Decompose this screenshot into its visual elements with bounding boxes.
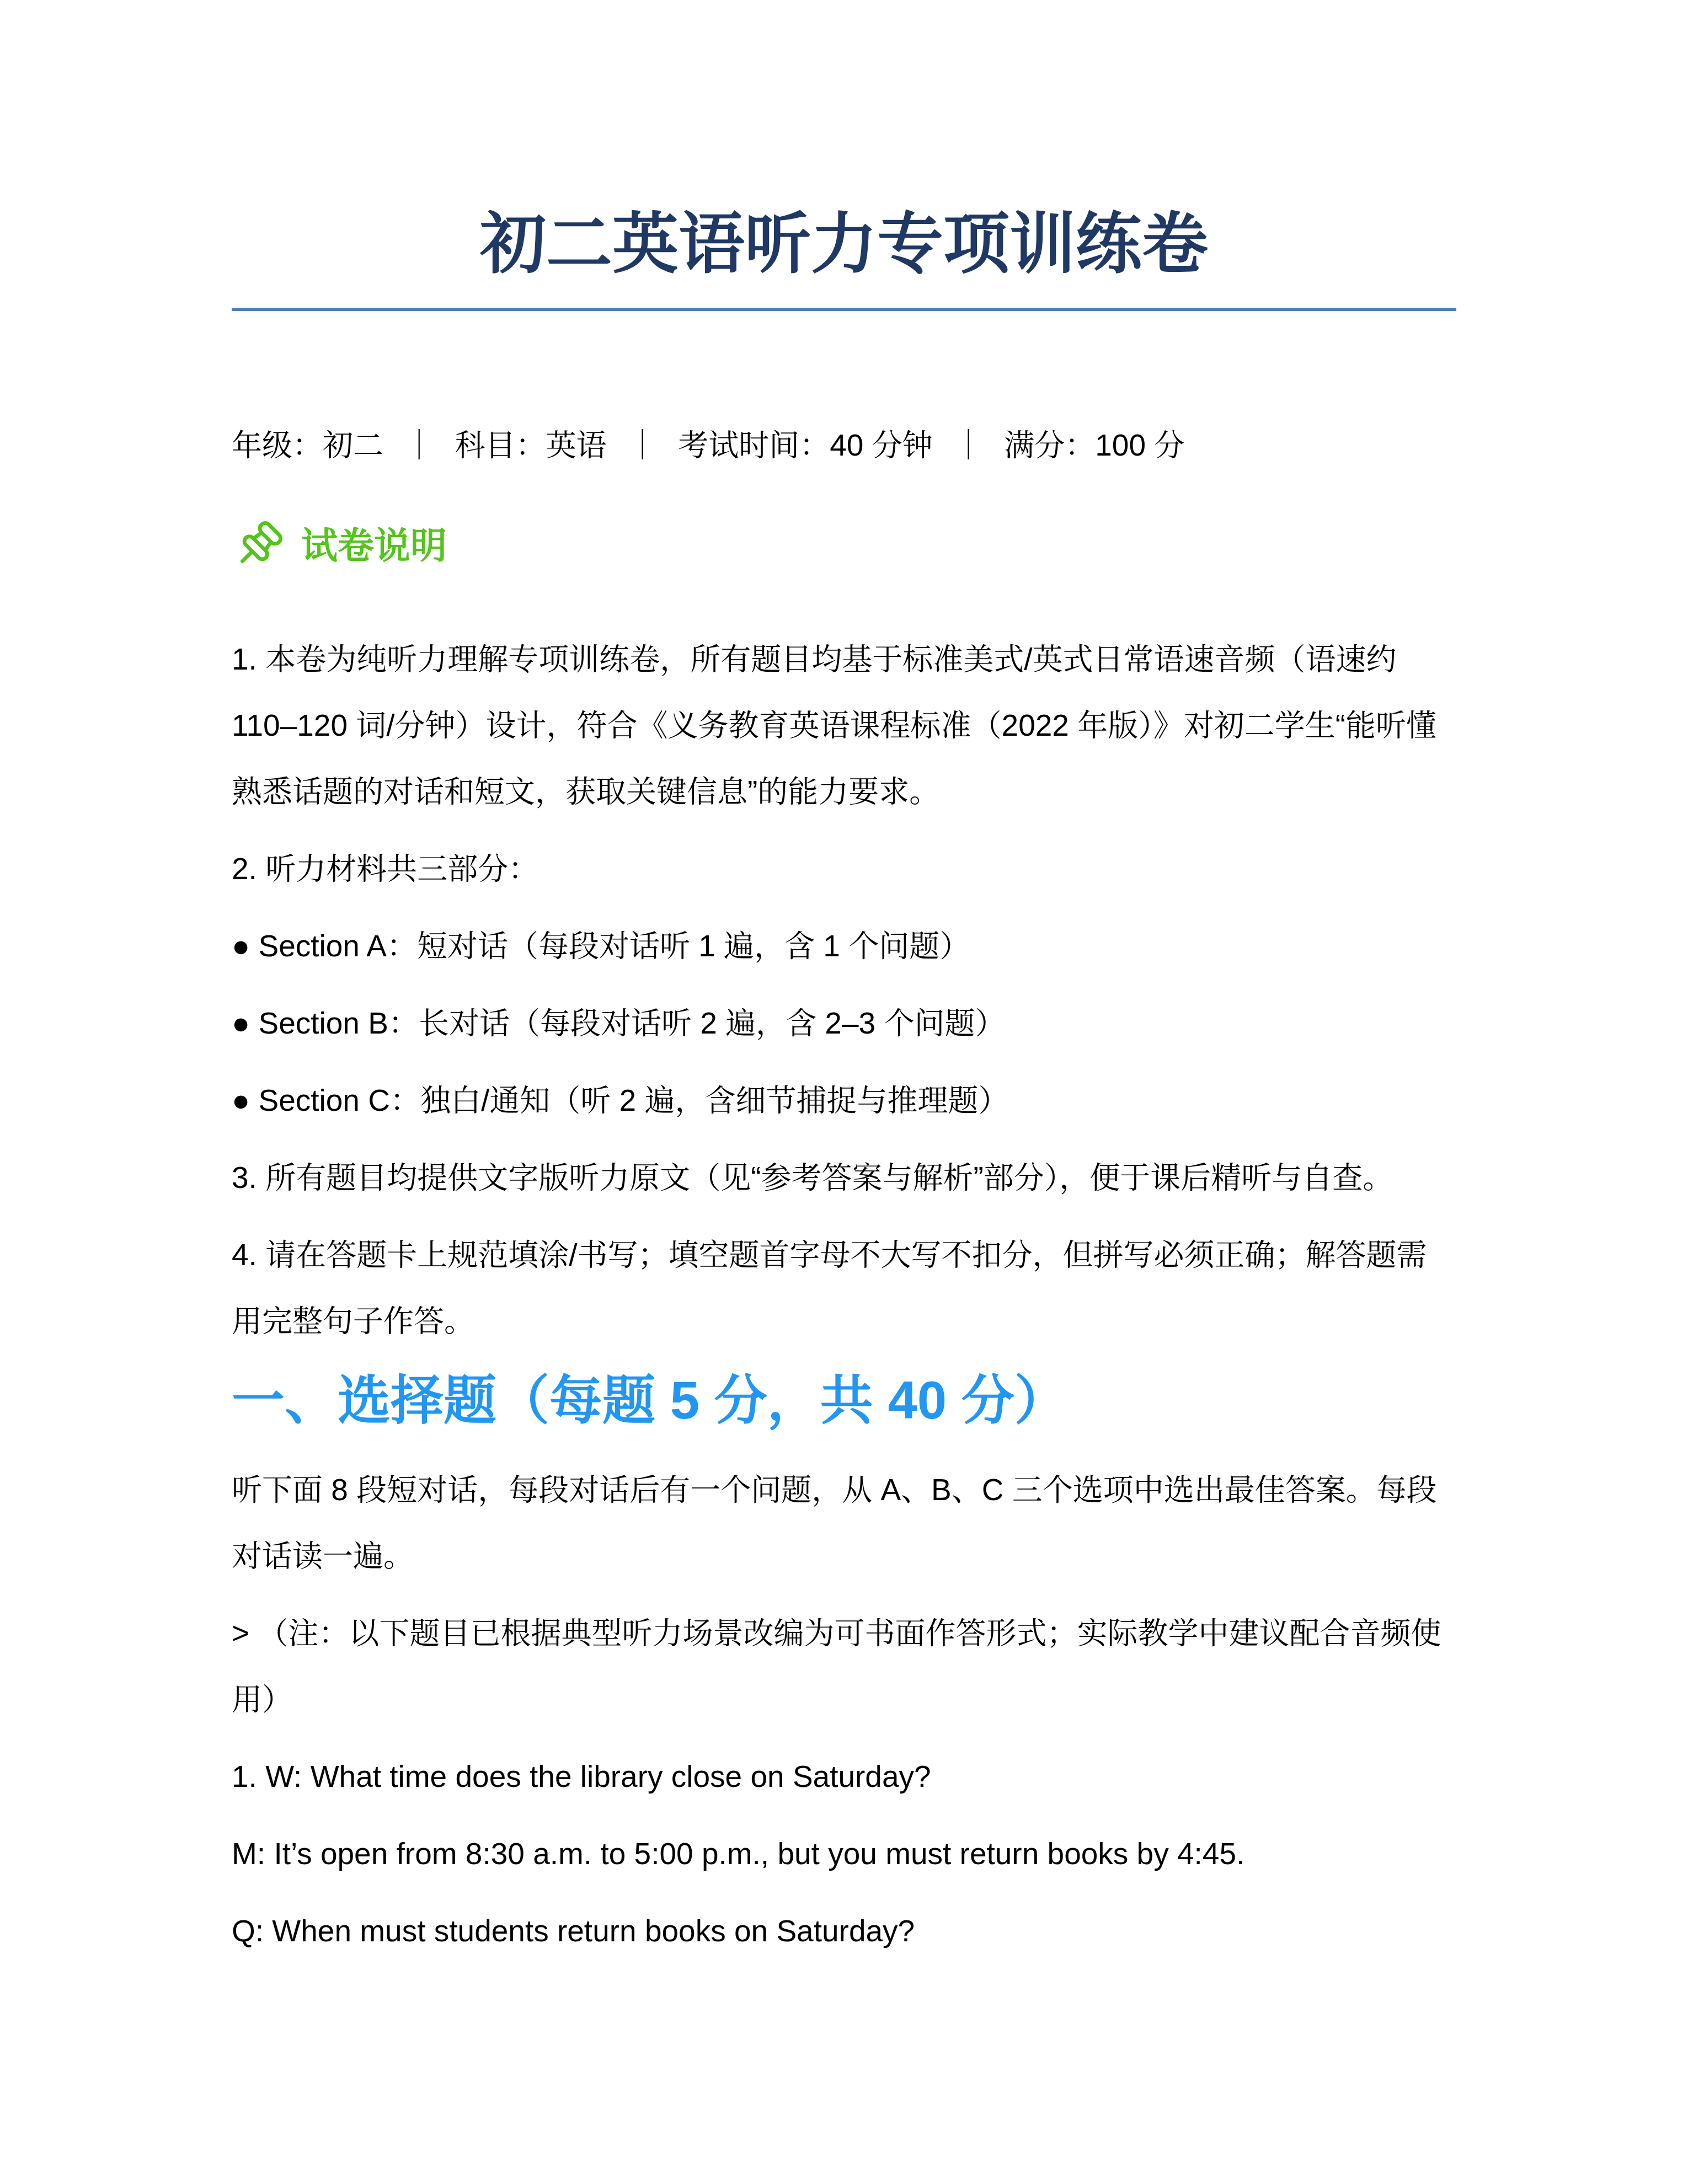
section-1-intro: 听下面 8 段短对话，每段对话后有一个问题，从 A、B、C 三个选项中选出最佳答… bbox=[232, 1457, 1456, 1589]
section-1-heading: 一、选择题（每题 5 分，共 40 分） bbox=[232, 1365, 1456, 1437]
meta-grade: 年级：初二 bbox=[232, 428, 383, 462]
section-c-bullet: ● Section C：独白/通知（听 2 遍，含细节捕捉与推理题） bbox=[232, 1067, 1456, 1133]
instructions-heading-label: 试卷说明 bbox=[301, 512, 447, 579]
instruction-item-4: 4. 请在答题卡上规范填涂/书写；填空题首字母不大写不扣分，但拼写必须正确；解答… bbox=[232, 1222, 1456, 1354]
exam-paper-page: 初二英语听力专项训练卷 年级：初二 ｜ 科目：英语 ｜ 考试时间：40 分钟 ｜… bbox=[0, 0, 1688, 2184]
title-divider bbox=[232, 308, 1456, 311]
section-1-note: > （注：以下题目已根据典型听力场景改编为可书面作答形式；实际教学中建议配合音频… bbox=[232, 1600, 1456, 1732]
meta-duration: 考试时间：40 分钟 bbox=[678, 428, 932, 462]
exam-meta-line: 年级：初二 ｜ 科目：英语 ｜ 考试时间：40 分钟 ｜ 满分：100 分 bbox=[232, 412, 1456, 478]
meta-full-score: 满分：100 分 bbox=[1004, 428, 1184, 462]
question-1-dialog-w: 1. W: What time does the library close o… bbox=[232, 1743, 1456, 1810]
meta-subject: 科目：英语 bbox=[455, 428, 607, 462]
question-1-dialog-m: M: It’s open from 8:30 a.m. to 5:00 p.m.… bbox=[232, 1821, 1456, 1887]
instruction-item-3: 3. 所有题目均提供文字版听力原文（见“参考答案与解析”部分），便于课后精听与自… bbox=[232, 1144, 1456, 1211]
section-a-bullet: ● Section A：短对话（每段对话听 1 遍，含 1 个问题） bbox=[232, 913, 1456, 979]
meta-separator: ｜ bbox=[627, 428, 658, 462]
question-1-question: Q: When must students return books on Sa… bbox=[232, 1898, 1456, 1964]
meta-separator: ｜ bbox=[404, 428, 434, 462]
page-title: 初二英语听力专项训练卷 bbox=[232, 0, 1456, 286]
pushpin-icon bbox=[232, 519, 285, 572]
instruction-item-1: 1. 本卷为纯听力理解专项训练卷，所有题目均基于标准美式/英式日常语速音频（语速… bbox=[232, 626, 1456, 825]
meta-separator: ｜ bbox=[953, 428, 984, 462]
instruction-item-2: 2. 听力材料共三部分： bbox=[232, 836, 1456, 902]
section-b-bullet: ● Section B：长对话（每段对话听 2 遍，含 2–3 个问题） bbox=[232, 990, 1456, 1056]
instructions-heading: 试卷说明 bbox=[232, 512, 1456, 579]
